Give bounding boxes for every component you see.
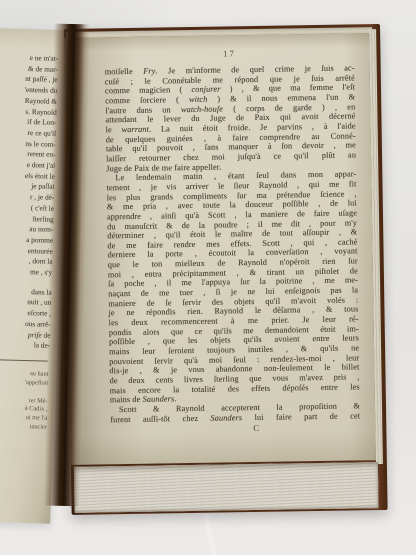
page-number: 17 [104, 46, 354, 60]
left-page-footnote: au haut'appelloitier Mé-à Cadix ,ui me l… [0, 369, 48, 433]
text-line: me , s'y [0, 266, 52, 279]
text-line: 'appelloit [0, 377, 48, 388]
book-cover: 17 moiſelle Fry. Je m'informe de quel cr… [64, 24, 388, 515]
left-page-text: e ne m'at-& de mar-nt paſſé , je'entends… [0, 52, 58, 352]
right-page: 17 moiſelle Fry. Je m'informe de quel cr… [64, 33, 376, 465]
text-line: tancier [0, 422, 47, 433]
text-line: la de- [0, 339, 50, 352]
page-text: moiſelle Fry. Je m'informe de quel crime… [105, 63, 361, 424]
page-edges-bottom [74, 462, 379, 513]
footnote-rule [0, 359, 48, 362]
